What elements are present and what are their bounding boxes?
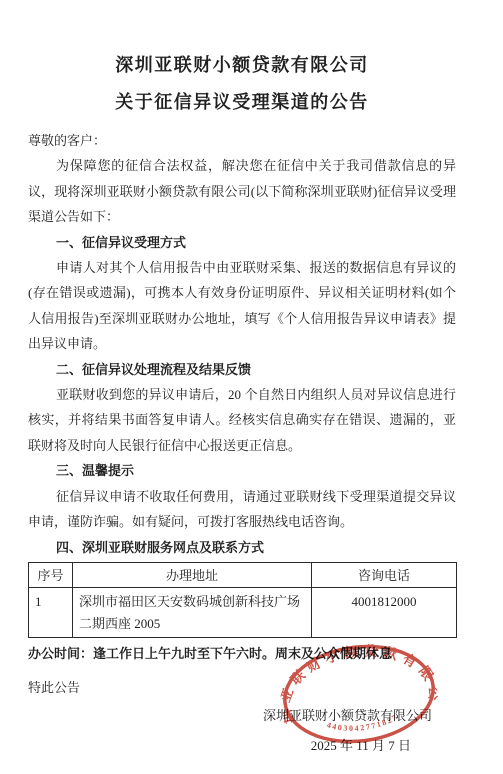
greeting-text: 尊敬的客户： [28,128,456,153]
table-header-address: 办理地址 [73,562,312,587]
section-2-heading: 二、征信异议处理流程及结果反馈 [28,357,456,382]
section-1-body: 申请人对其个人信用报告中由亚联财采集、报送的数据信息有异议的(存在错误或遗漏)，… [28,255,456,357]
service-contact-table: 序号 办理地址 咨询电话 1 深圳市福田区天安数码城创新科技广场二期西座 200… [28,562,457,638]
section-3-heading: 三、温馨提示 [28,458,456,483]
table-header-row: 序号 办理地址 咨询电话 [29,562,457,587]
table-cell-no: 1 [29,587,73,637]
section-2-body: 亚联财收到您的异议申请后，20 个自然日内组织人员对异议信息进行核实，并将结果书… [28,382,456,458]
table-cell-address: 深圳市福田区天安数码城创新科技广场二期西座 2005 [73,587,312,637]
section-3-body: 征信异议申请不收取任何费用，请通过亚联财线下受理渠道提交异议申请，谨防诈骗。如有… [28,484,456,535]
table-header-phone: 咨询电话 [312,562,457,587]
signature-company-name: 深圳亚联财小额贷款有限公司 [28,703,456,728]
intro-paragraph: 为保障您的征信合法权益，解决您在征信中关于我司借款信息的异议，现将深圳亚联财小额… [28,153,456,229]
table-header-no: 序号 [29,562,73,587]
section-4-heading: 四、深圳亚联财服务网点及联系方式 [28,535,456,560]
closing-text: 特此公告 [28,675,456,700]
table-cell-phone: 4001812000 [312,587,457,637]
announcement-document: 深圳亚联财小额贷款有限公司 关于征信异议受理渠道的公告 尊敬的客户： 为保障您的… [0,0,503,774]
table-row: 1 深圳市福田区天安数码城创新科技广场二期西座 2005 4001812000 [29,587,457,637]
section-1-heading: 一、征信异议受理方式 [28,230,456,255]
signature-block: 深圳亚联财小额贷款有限公司 2025 年 11 月 7 日 [28,703,456,759]
document-title-line1: 深圳亚联财小额贷款有限公司 [28,54,456,76]
signature-date: 2025 年 11 月 7 日 [28,733,456,758]
office-hours-note: 办公时间：逢工作日上午九时至下午六时。周末及公众假期休息 [28,641,456,666]
document-title-line2: 关于征信异议受理渠道的公告 [28,91,456,113]
